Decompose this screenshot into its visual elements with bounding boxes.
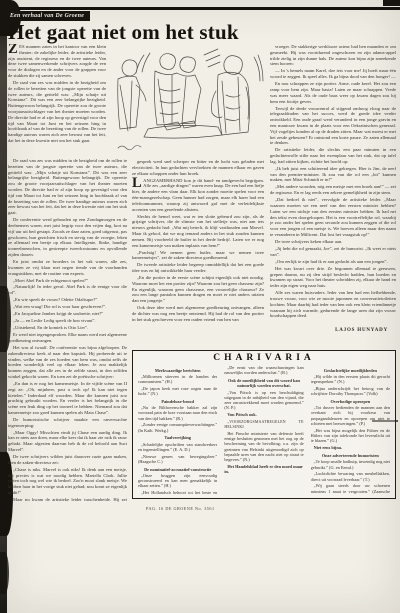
charivaria-item: Von Pötsch ook. (224, 412, 303, 417)
story-paragraph: „Maar Oggy! Misschien vindt jij Chase ee… (8, 430, 127, 453)
charivaria-item: „Nieuwe genres van bewegingsleer.” (Haag… (138, 454, 217, 464)
story-paragraph: De twee schrijvers wilden juist daarover… (8, 454, 127, 466)
story-paragraph: gesprek werd snel scherper en bitter en … (132, 159, 264, 176)
charivaria-item: Paindeluxe-brood (138, 399, 217, 404)
story-paragraph-text: ANGZAMERHAND kon je dit hand- en tandgev… (132, 178, 264, 212)
charivaria-item: „Von Pötsch is op een beschuldiging uitg… (224, 390, 303, 411)
story-intro-text: ES mannen zaten in het kantoor van een k… (8, 44, 106, 78)
charivaria-item: Overbodige oproepen (311, 399, 390, 404)
charivaria-item: „Schadelijke opschriften van standwerker… (138, 442, 217, 452)
charivaria-column-3: Geslachtelijke moeilijkheden„Hij wilde i… (311, 365, 390, 495)
story-paragraph: — In 's hemels naam Karel, doe iets voor… (270, 68, 396, 80)
charivaria-item: „Nu de Bilthovensche bakker zal zijn voo… (138, 405, 217, 421)
charivaria-item: „Tot dusver bedienden de mannen aan den … (311, 405, 390, 426)
story-paragraph: „En wie speelt de vrouw? Odette Odalisqu… (8, 297, 127, 303)
charivaria-item: „Hij wilde in den eersten plaats dit ger… (311, 374, 390, 384)
charivaria-item: „Te koop smalle badkuip, inwendig nog ni… (311, 459, 390, 469)
charivaria-columns: Merkwaardige berichten„Millioenen stierv… (133, 365, 395, 497)
charivaria-item: Taalverrijking (138, 435, 217, 440)
story-paragraph: De raad van zes was midden in de bezighe… (8, 80, 106, 144)
charivaria-column-1: Merkwaardige berichten„Millioenen stierv… (138, 365, 217, 495)
story-paragraph: „Om eerlijk te zijn had ik er aan gedach… (270, 259, 396, 265)
charivaria-item: „Luchtdichte bewaring van meubellakken, … (311, 471, 390, 481)
charivaria-title: CHARIVARIA (133, 353, 395, 363)
scan-artifact (0, 552, 9, 594)
story-paragraph: „Prachtig! We nemen geen butler, maar we… (132, 250, 264, 262)
story-paragraph: Het was al twaalf. De conferentie was bi… (8, 345, 127, 380)
story-paragraph: „Met andere woorden, nóg een meisje met … (270, 184, 396, 196)
story-column-3: vroeger. De stakkerige werklooze acteur … (270, 44, 396, 327)
page-footer: PAG. 16 DE GROENE No. 3561 (146, 506, 215, 511)
story-paragraph-group: Slechts de hemel weet, wat er ten slotte… (132, 214, 264, 323)
charivaria-item: Merkwaardige berichten (138, 368, 217, 373)
charivaria-column-2: „De ernst van die waarschuwingen kan nau… (224, 365, 303, 495)
story-paragraph: De raad van zes was midden in de bezighe… (8, 158, 127, 216)
story-paragraph: „Dat bedoel ik niet”, vervolgde de artis… (270, 197, 396, 238)
story-paragraph: En juist omdat ze broeders in het vak wa… (8, 259, 127, 276)
charivaria-item: De nominatief-accusatief-constructie (138, 467, 217, 472)
charivaria-section: CHARIVARIA Merkwaardige berichten„Millio… (132, 350, 396, 499)
story-paragraph: „Moet Abel Park de echtgenoot spelen?” (8, 278, 127, 284)
story-paragraph: De conferentie werd gehouden op een Zond… (8, 217, 127, 258)
newspaper-page: { "page": { "kicker": "Een verhaal van D… (0, 0, 400, 613)
charivaria-item: „Zonder eenige consumptieverwachtingen.”… (138, 422, 217, 432)
charivaria-item: „Voorzorgsmaatregelen te Helsinki (224, 420, 303, 430)
story-paragraph: „En Jacqueline Jambes krijgt de soubrett… (8, 311, 127, 317)
story-paragraph: vroeger. De stakkerige werklooze acteur … (270, 44, 396, 67)
pen-drawing (108, 45, 266, 156)
charivaria-item: Niet eens bijna. (311, 445, 390, 450)
story-paragraph: „En die portier in de eerste scène schij… (132, 275, 264, 304)
drop-cap: L (132, 178, 142, 190)
story-paragraph: „En dan is er nog het kamermeisje. In de… (8, 381, 127, 416)
charivaria-item: „Wij gaan steeds door uw schoenen minste… (311, 483, 390, 495)
story-paragraph: De humoristische schrijver maakte een on… (8, 417, 127, 429)
story-column-2: gesprek werd snel scherper en bitter en … (132, 159, 264, 340)
story-paragraph: De artistieke leider, die slechts een pa… (270, 147, 396, 164)
charivaria-item: Onze adverterende humoristen (311, 453, 390, 458)
story-paragraph: Het was kwart over drie. Ze begonnen all… (270, 266, 396, 289)
story-paragraph: Slechts de hemel weet, wat er ten slotte… (132, 214, 264, 249)
scan-artifact (383, 0, 400, 6)
charivaria-item: „Het Hollandsch behoort tot het beste en… (138, 490, 217, 495)
charivaria-item: „Millioenen stierven in de handen der co… (138, 374, 217, 384)
story-paragraph: „Ik heb juist een schitterend idee gekre… (270, 166, 396, 183)
story-paragraph: „Uitstekend. En de komiek is Otto Lier”. (8, 325, 127, 331)
story-paragraph: Er werd niet tegengesproken. Elke naam w… (8, 332, 127, 344)
story-paragraph: Alle zes waren huisvaders. Ieder van hen… (270, 290, 396, 319)
story-paragraph: LANGZAMERHAND kon je dit hand- en tandge… (132, 178, 264, 213)
story-paragraph: De twee schrijvers keken elkaar aan. (270, 239, 396, 245)
story-paragraph: ZES mannen zaten in het kantoor van een … (8, 44, 106, 79)
story-illustration (108, 45, 266, 156)
top-rule (18, 7, 400, 10)
charivaria-item: „Het was bijna mogelijk den Führer en de… (311, 428, 390, 444)
charivaria-item: Geslachtelijke moeilijkheden (311, 368, 390, 373)
story-paragraph: „Wat een vraag! Die rol is voor haar ges… (8, 304, 127, 310)
charivaria-item: Het Finsche ministerie van defensie heef… (224, 431, 303, 462)
charivaria-item: „Bijna onderschrijdt het betoog van de s… (311, 386, 390, 396)
charivaria-item: „Onze bruggen zijn eenvoudig geconstruee… (138, 473, 217, 489)
story-paragraph: „Jij hebt die rol gemaakt, Joe”, zei de … (270, 246, 396, 258)
story-paragraph: En nou schrappen ze zijn portier. Arme, … (270, 81, 396, 104)
story-paragraph: De tweede artistieke leider begreep onmi… (132, 262, 264, 274)
story-column-1: De raad van zes was midden in de bezighe… (8, 158, 127, 504)
story-paragraph: Ook deze idee werd met algemeene goedkeu… (132, 305, 264, 322)
page-title: Het gaat niet om het stuk (8, 20, 239, 45)
charivaria-item: Het Handelsblad heeft er den moed maar i… (224, 464, 303, 474)
story-paragraph: „Natuurlijk! In ieder geval. Abel Park i… (8, 284, 127, 296)
story-paragraph: „Ja — en Leslie Ledig speelt de bon viva… (8, 318, 127, 324)
charivaria-item: Ook de moeilijkheid van dit woord kan na… (224, 378, 303, 388)
story-paragraph: Maar nu kwam de artistieke leider tussch… (8, 497, 127, 504)
story-paragraph: Terwijl de derde vrouwenrol al stijgend … (270, 106, 396, 147)
charivaria-item: „De japon keek met roze oogen naar de lu… (138, 386, 217, 396)
charivaria-item: „De ernst van die waarschuwingen kan nau… (224, 365, 303, 375)
author-signature: LAJOS HUNYADY (270, 328, 388, 333)
drop-cap: Z (8, 44, 18, 56)
story-column-1-top: ZES mannen zaten in het kantoor van een … (8, 44, 106, 156)
story-paragraph: „Chase is niks. Marvel is ook niks! Ik d… (8, 467, 127, 496)
